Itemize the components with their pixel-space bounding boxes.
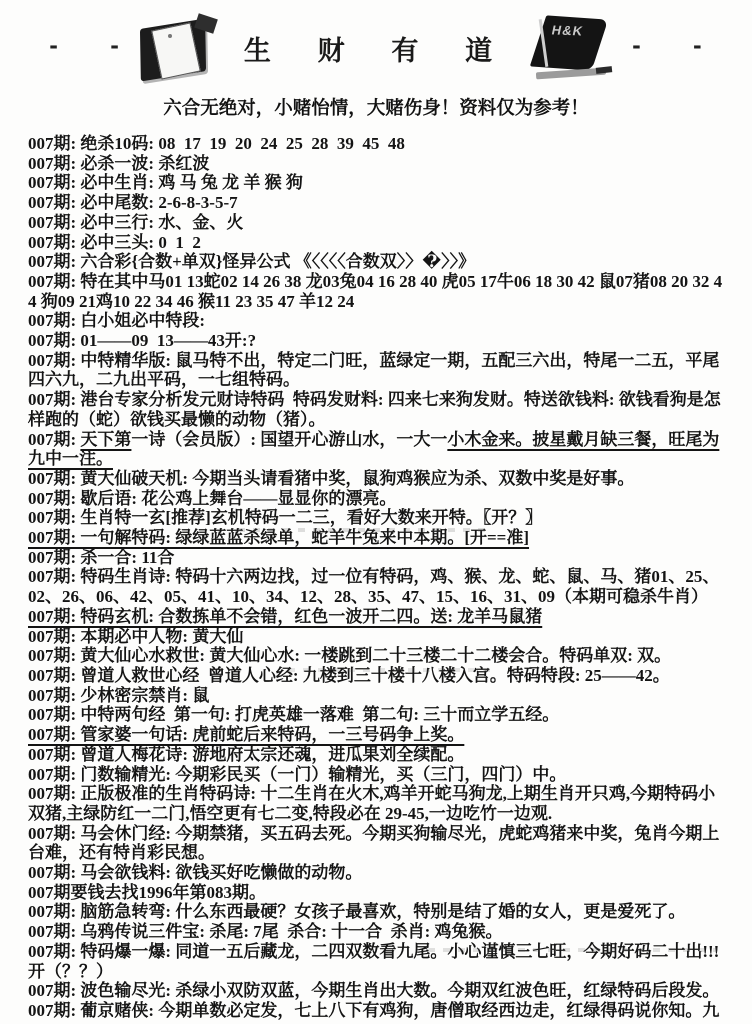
book-dot <box>168 34 172 38</box>
tip-line-text: 007期要钱去找1996年第083期。 <box>28 883 266 902</box>
tip-line-text: 007期: 港台专家分析发元财诗特码 特码发财料: 四来七来狗发财。特送欲钱料:… <box>28 390 721 429</box>
tip-line-text: 007期: 特码玄机: 合数拣单不会错，红色一波开二四。送: 龙羊马鼠猪 <box>28 607 542 626</box>
tip-line: 007期: 01——09 13——43开:? <box>28 331 726 351</box>
tip-line-text: 007期: 中特两句经 第一句: 打虎英雄一落难 第二句: 三十而立学五经。 <box>28 705 559 724</box>
tip-line-text: 007期: 歇后语: 花公鸡上舞台——显显你的漂亮。 <box>28 489 396 508</box>
tip-line-text: 天下第 <box>80 430 131 449</box>
tip-line: 007期: 天下第一诗（会员版）: 国望开心游山水，一大一小木金来。披星戴月缺三… <box>28 430 726 469</box>
tip-line: 007期: 必中三头: 0 1 2 <box>28 233 726 253</box>
tip-line-text: 007期: 马会欲钱料: 欲钱买好吃懒做的动物。 <box>28 863 362 882</box>
tip-line: 007期: 本期必中人物: 黄大仙 <box>28 627 726 647</box>
tip-line: 007期: 马会欲钱料: 欲钱买好吃懒做的动物。 <box>28 863 726 883</box>
tip-line-text: 007期: 乌鸦传说三件宝: 杀尾: 7尾 杀合: 十一合 杀肖: 鸡兔猴。 <box>28 922 503 941</box>
tip-line: 007期: 波色输尽光: 杀绿小双防双蓝，今期生肖出大数。今期双红波色旺，红绿特… <box>28 981 726 1001</box>
tip-line-text: 007期: 中特精华版: 鼠马特不出，特定二门旺，蓝绿定一期，五配三六出，特尾一… <box>28 351 719 390</box>
hk-book-icon: H&K <box>528 15 614 81</box>
tip-line: 007期要钱去找1996年第083期。 <box>28 883 726 903</box>
tip-line: 007期: 六合彩{合数+单双}怪异公式 《〈〈〈〈合数双〉〉�〉〉》 <box>28 252 726 272</box>
book-foot <box>596 66 613 74</box>
tip-sheet-page: - - - - 生 财 有 道 H&K - - - - 六合无绝对，小赌怡情，大… <box>0 0 752 1024</box>
tip-line-text: 007期: 本期必中人物: 黄大仙 <box>28 627 243 646</box>
tip-line: 007期: 歇后语: 花公鸡上舞台——显显你的漂亮。 <box>28 489 726 509</box>
tip-line: 007期: 必中尾数: 2-6-8-3-5-7 <box>28 193 726 213</box>
tip-line: 007期: 乌鸦传说三件宝: 杀尾: 7尾 杀合: 十一合 杀肖: 鸡兔猴。 <box>28 922 726 942</box>
tip-line: 007期: 正版极准的生肖特码诗: 十二生肖在火木,鸡羊开蛇马狗龙,上期生肖开只… <box>28 784 726 823</box>
tip-line-text: 007期: 黄大仙心水救世: 黄大仙心水: 一楼跳到二十三楼二十二楼会合。特码单… <box>28 646 671 665</box>
tip-line: 007期: 港台专家分析发元财诗特码 特码发财料: 四来七来狗发财。特送欲钱料:… <box>28 390 726 429</box>
tip-line-text: 007期: 必中三头: 0 1 2 <box>28 233 201 252</box>
tip-line-text: 007期: 马会休门经: 今期禁猪，买五码去死。今期买狗输尽光，虎蛇鸡猪来中奖，… <box>28 824 719 863</box>
book-label: H&K <box>551 23 585 39</box>
tip-line-text: 007期: 01——09 13——43开:? <box>28 331 256 350</box>
tip-line-text: 007期: 必中生肖: 鸡 马 兔 龙 羊 猴 狗 <box>28 173 303 192</box>
tip-sheet-body: 007期: 绝杀10码: 08 17 19 20 24 25 28 39 45 … <box>0 132 752 1021</box>
tip-line-text: 007期: 黄大仙破天机: 今期当头请看猪中奖，鼠狗鸡猴应为杀、双数中奖是好事。 <box>28 469 634 488</box>
tip-line-text: 007期: 必中三行: 水、金、火 <box>28 213 243 232</box>
tip-line-text: 007期: 葡京赌侠: 今期单数必定发，七上八下有鸡狗，唐僧取经西边走，红绿得码… <box>28 1001 719 1020</box>
tip-line-text: 007期: 少林密宗禁肖: 鼠 <box>28 686 209 705</box>
tip-line: 007期: 中特精华版: 鼠马特不出，特定二门旺，蓝绿定一期，五配三六出，特尾一… <box>28 351 726 390</box>
tip-line: 007期: 必杀一波: 杀红波 <box>28 154 726 174</box>
tip-line-text: 007期: 管家婆一句话: 虎前蛇后来特码，一三号码争上奖。 <box>28 725 464 744</box>
tip-line: 007期: 管家婆一句话: 虎前蛇后来特码，一三号码争上奖。 <box>28 725 726 745</box>
scan-artifact <box>288 668 498 672</box>
tip-line: 007期: 黄大仙心水救世: 黄大仙心水: 一楼跳到二十三楼二十二楼会合。特码单… <box>28 646 726 666</box>
tip-line: 007期: 特码生肖诗: 特码十六两边找，过一位有特码，鸡、猴、龙、蛇、鼠、马、… <box>28 567 726 606</box>
tip-line: 007期: 葡京赌侠: 今期单数必定发，七上八下有鸡狗，唐僧取经西边走，红绿得码… <box>28 1001 726 1021</box>
scan-artifact <box>238 528 488 532</box>
tip-line-text: 007期: 必杀一波: 杀红波 <box>28 154 209 173</box>
tip-line-text: 007期: 绝杀10码: 08 17 19 20 24 25 28 39 45 … <box>28 134 405 153</box>
tip-line: 007期: 生肖特一玄[推荐]玄机特码一二三，看好大数来开特。〖开？〗 <box>28 508 726 528</box>
scan-artifact <box>428 948 718 952</box>
disclaimer-text: 六合无绝对，小赌怡情，大赌伤身！资料仅为参考！ <box>0 94 752 120</box>
tip-line-text: 007期: 六合彩{合数+单双}怪异公式 《〈〈〈〈合数双〉〉�〉〉》 <box>28 252 475 271</box>
tip-line-text: 007期: 曾道人梅花诗: 游地府太宗还魂，进瓜果刘全续配。 <box>28 745 464 764</box>
tip-line-text: 007期: 必中尾数: 2-6-8-3-5-7 <box>28 193 238 212</box>
tip-line-text: 007期: 杀一合: 11合 <box>28 548 174 567</box>
open-book-icon <box>138 16 218 80</box>
page-title: 生 财 有 道 <box>234 29 512 68</box>
tip-line-text: 007期: 波色输尽光: 杀绿小双防双蓝，今期生肖出大数。今期双红波色旺，红绿特… <box>28 981 719 1000</box>
masthead: - - - - 生 财 有 道 H&K - - - - <box>0 0 752 84</box>
tip-line: 007期: 曾道人梅花诗: 游地府太宗还魂，进瓜果刘全续配。 <box>28 745 726 765</box>
tip-line: 007期: 中特两句经 第一句: 打虎英雄一落难 第二句: 三十而立学五经。 <box>28 705 726 725</box>
dash-decoration-right: - - - - <box>630 34 752 58</box>
tip-line: 007期: 马会休门经: 今期禁猪，买五码去死。今期买狗输尽光，虎蛇鸡猪来中奖，… <box>28 824 726 863</box>
tip-line: 007期: 必中生肖: 鸡 马 兔 龙 羊 猴 狗 <box>28 173 726 193</box>
tip-line: 007期: 少林密宗禁肖: 鼠 <box>28 686 726 706</box>
tip-line-text: 007期: 脑筋急转弯: 什么东西最硬？女孩子最喜欢，特别是结了婚的女人，更是爱… <box>28 902 685 921</box>
tip-line: 007期: 白小姐必中特段: <box>28 311 726 331</box>
tip-line-text: 一诗（会员版）: 国望开心游山水，一大一 <box>131 430 447 449</box>
tip-line: 007期: 门数输精光: 今期彩民买（一门）输精光，买（三门，四门）中。 <box>28 765 726 785</box>
tip-line-text: 007期: 生肖特一玄[推荐]玄机特码一二三，看好大数来开特。〖开？〗 <box>28 508 542 527</box>
tip-line: 007期: 黄大仙破天机: 今期当头请看猪中奖，鼠狗鸡猴应为杀、双数中奖是好事。 <box>28 469 726 489</box>
tip-line-text: 007期: 门数输精光: 今期彩民买（一门）输精光，买（三门，四门）中。 <box>28 765 566 784</box>
tip-line-text: 007期: 特在其中马01 13蛇02 14 26 38 龙03兔04 16 2… <box>28 272 722 311</box>
tip-line: 007期: 必中三行: 水、金、火 <box>28 213 726 233</box>
tip-line-text: 007期: <box>28 430 80 449</box>
tip-line-text: 007期: 特码生肖诗: 特码十六两边找，过一位有特码，鸡、猴、龙、蛇、鼠、马、… <box>28 567 719 606</box>
tip-line: 007期: 特在其中马01 13蛇02 14 26 38 龙03兔04 16 2… <box>28 272 726 311</box>
tip-line-text: 007期: 白小姐必中特段: <box>28 311 205 330</box>
tip-line: 007期: 杀一合: 11合 <box>28 548 726 568</box>
tip-line: 007期: 脑筋急转弯: 什么东西最硬？女孩子最喜欢，特别是结了婚的女人，更是爱… <box>28 902 726 922</box>
tip-line-text: 007期: 正版极准的生肖特码诗: 十二生肖在火木,鸡羊开蛇马狗龙,上期生肖开只… <box>28 784 715 823</box>
tip-line: 007期: 绝杀10码: 08 17 19 20 24 25 28 39 45 … <box>28 134 726 154</box>
dash-decoration-left: - - - - <box>0 34 122 58</box>
tip-line: 007期: 特码玄机: 合数拣单不会错，红色一波开二四。送: 龙羊马鼠猪 <box>28 607 726 627</box>
